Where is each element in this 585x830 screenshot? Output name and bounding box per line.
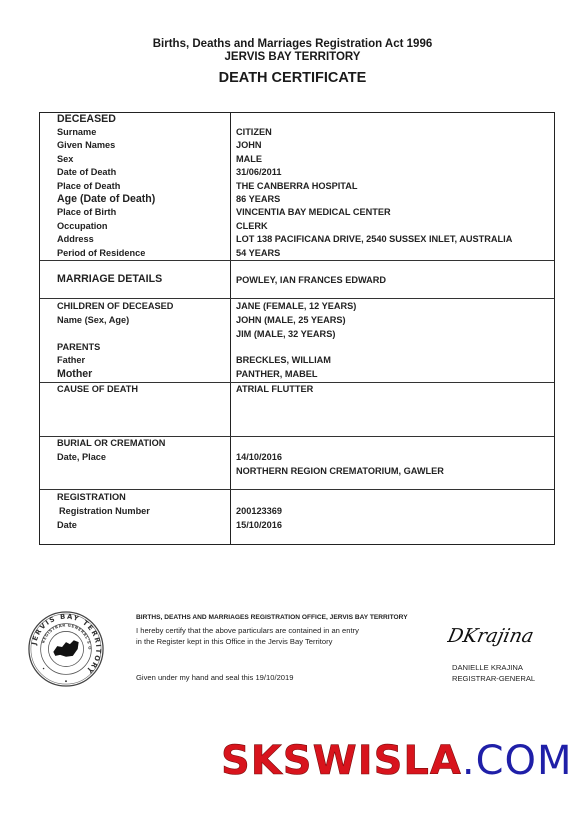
label-mother: Mother [57, 368, 92, 381]
seal-icon: JERVIS BAY TERRITORY REGISTRAR GENERAL'S… [27, 610, 105, 688]
certify-line-1: I hereby certify that the above particul… [136, 626, 359, 635]
section-parents: PARENTS [57, 341, 100, 354]
value-marriage-details: POWLEY, IAN FRANCES EDWARD [236, 274, 386, 287]
section-deceased: DECEASED [57, 113, 116, 126]
value-place-of-birth: VINCENTIA BAY MEDICAL CENTER [236, 206, 391, 219]
certificate-title: DEATH CERTIFICATE [0, 70, 585, 86]
value-mother: PANTHER, MABEL [236, 368, 318, 381]
row-divider [40, 489, 554, 490]
label-marriage-details: MARRIAGE DETAILS [57, 273, 162, 286]
label-name-sex-age: Name (Sex, Age) [57, 314, 129, 327]
given-date: Given under my hand and seal this 19/10/… [136, 673, 293, 682]
row-divider [40, 260, 554, 261]
value-occupation: CLERK [236, 220, 268, 233]
section-registration: REGISTRATION [57, 491, 126, 504]
label-occupation: Occupation [57, 220, 108, 233]
section-burial: BURIAL OR CREMATION [57, 437, 165, 450]
label-date-place: Date, Place [57, 451, 106, 464]
label-date-of-death: Date of Death [57, 166, 116, 179]
label-registration-number: Registration Number [59, 505, 150, 518]
row-divider [40, 298, 554, 299]
registrar-title: REGISTRAR-GENERAL [452, 674, 535, 683]
signature: DKrajina [447, 622, 557, 650]
label-sex: Sex [57, 153, 73, 166]
value-age: 86 YEARS [236, 193, 280, 206]
label-period-of-residence: Period of Residence [57, 247, 145, 260]
value-burial-place: NORTHERN REGION CREMATORIUM, GAWLER [236, 465, 444, 478]
value-address: LOT 138 PACIFICANA DRIVE, 2540 SUSSEX IN… [236, 233, 512, 246]
label-age: Age (Date of Death) [57, 193, 155, 206]
certificate-table: DECEASED Surname CITIZEN Given Names JOH… [39, 112, 555, 545]
value-registration-number: 200123369 [236, 505, 282, 518]
value-date-of-death: 31/06/2011 [236, 166, 281, 179]
label-place-of-death: Place of Death [57, 180, 120, 193]
label-address: Address [57, 233, 94, 246]
watermark: SKSWISLA.COM [221, 738, 573, 784]
label-given-names: Given Names [57, 139, 115, 152]
value-given-names: JOHN [236, 139, 262, 152]
value-child-3: JIM (MALE, 32 YEARS) [236, 328, 335, 341]
value-burial-date: 14/10/2016 [236, 451, 282, 464]
value-place-of-death: THE CANBERRA HOSPITAL [236, 180, 357, 193]
value-cause-of-death: ATRIAL FLUTTER [236, 383, 313, 396]
value-father: BRECKLES, WILLIAM [236, 354, 331, 367]
section-children: CHILDREN OF DECEASED [57, 300, 173, 313]
act-title: Births, Deaths and Marriages Registratio… [0, 38, 585, 50]
watermark-blue: .COM [462, 738, 573, 784]
label-place-of-birth: Place of Birth [57, 206, 116, 219]
watermark-red: SKSWISLA [221, 738, 462, 784]
registrar-name: DANIELLE KRAJINA [452, 663, 523, 672]
certify-line-2: in the Register kept in this Office in t… [136, 637, 332, 646]
value-surname: CITIZEN [236, 126, 272, 139]
label-father: Father [57, 354, 85, 367]
value-period-of-residence: 54 YEARS [236, 247, 280, 260]
territory-title: JERVIS BAY TERRITORY [0, 51, 585, 63]
value-registration-date: 15/10/2016 [236, 519, 282, 532]
label-cause-of-death: CAUSE OF DEATH [57, 383, 138, 396]
office-name: BIRTHS, DEATHS AND MARRIAGES REGISTRATIO… [136, 614, 408, 621]
label-registration-date: Date [57, 519, 77, 532]
value-child-2: JOHN (MALE, 25 YEARS) [236, 314, 346, 327]
svg-text:DKrajina: DKrajina [447, 624, 536, 647]
label-surname: Surname [57, 126, 96, 139]
value-child-1: JANE (FEMALE, 12 YEARS) [236, 300, 356, 313]
column-divider [230, 113, 231, 544]
value-sex: MALE [236, 153, 262, 166]
